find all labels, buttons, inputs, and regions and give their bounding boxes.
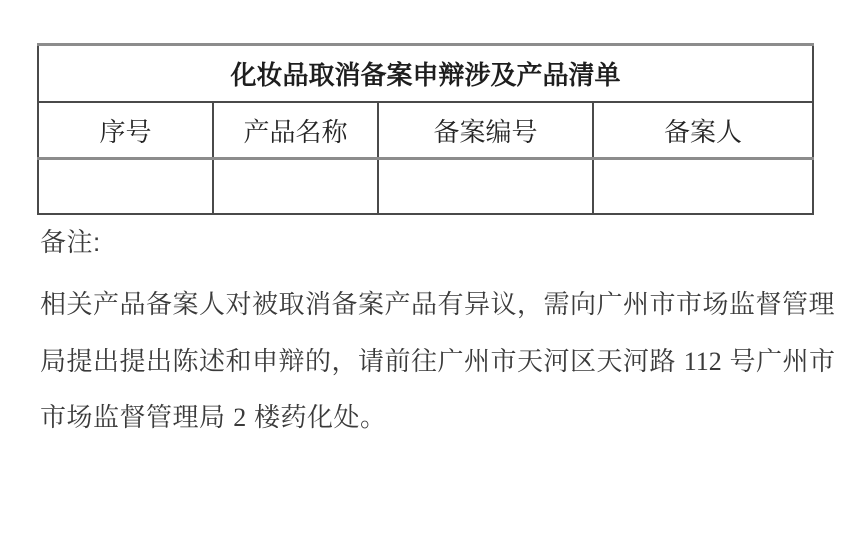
empty-cell-product-name (213, 159, 378, 215)
note-paragraph-line-1: 相关产品备案人对被取消备案产品有异议，需向广州市市场监督管理 (40, 289, 835, 319)
product-list-table: 化妆品取消备案申辩涉及产品清单 序号 产品名称 备案编号 备案人 (37, 43, 814, 215)
document-page: 化妆品取消备案申辩涉及产品清单 序号 产品名称 备案编号 备案人 备注: 相关产… (0, 0, 845, 547)
note-paragraph-line-3: 市场监督管理局 2 楼药化处。 (40, 402, 386, 433)
note-paragraph-line-2: 局提出提出陈述和申辩的，请前往广州市天河区天河路 112 号广州市 (40, 346, 836, 377)
empty-cell-serial-number (38, 159, 213, 215)
note-label: 备注: (40, 227, 101, 257)
note-line3-text-post: 楼药化处。 (246, 402, 386, 432)
table-empty-row (38, 159, 813, 215)
note-line2-text-pre: 局提出提出陈述和申辩的，请前往广州市天河区天河路 (40, 346, 684, 376)
table-header-row: 序号 产品名称 备案编号 备案人 (38, 102, 813, 159)
note-line2-street-number: 112 (684, 347, 722, 376)
column-header-filer: 备案人 (593, 102, 813, 159)
table-title-row: 化妆品取消备案申辩涉及产品清单 (38, 45, 813, 103)
column-header-serial-number: 序号 (38, 102, 213, 159)
column-header-filing-number: 备案编号 (378, 102, 593, 159)
empty-cell-filer (593, 159, 813, 215)
table-title: 化妆品取消备案申辩涉及产品清单 (38, 45, 813, 103)
column-header-product-name: 产品名称 (213, 102, 378, 159)
empty-cell-filing-number (378, 159, 593, 215)
note-line3-floor-number: 2 (233, 403, 246, 432)
note-line2-text-post: 号广州市 (722, 346, 836, 376)
note-line3-text-pre: 市场监督管理局 (40, 402, 233, 432)
